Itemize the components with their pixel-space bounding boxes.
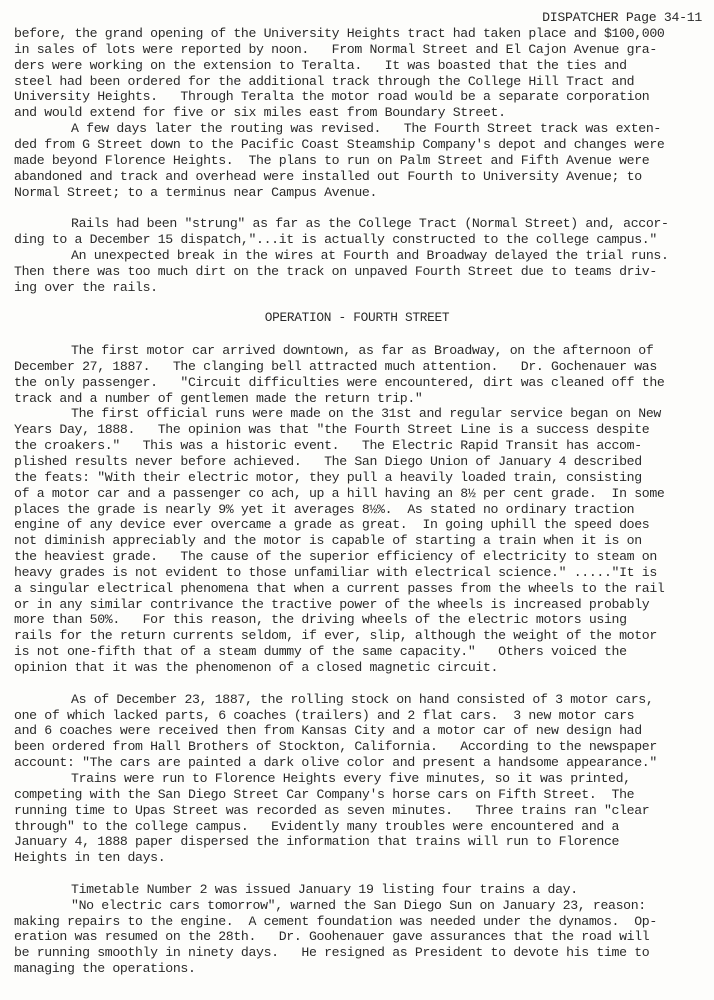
text-line: before, the grand opening of the Univers… [14,26,665,42]
text-line: be running smoothly in ninety days. He r… [14,945,649,961]
text-line: track and a number of gentlemen made the… [14,391,422,407]
section-heading: OPERATION - FOURTH STREET [0,310,714,325]
text-line: ders were working on the extension to Te… [14,58,627,74]
text-line: ing over the rails. [14,280,158,296]
document-page: DISPATCHER Page 34-11 before, the grand … [0,0,714,1000]
text-line: Rails had been "strung" as far as the Co… [71,216,669,232]
text-line: making repairs to the engine. A cement f… [14,914,657,930]
text-line: or in any similar contrivance the tracti… [14,597,649,613]
text-line: is not one-fifth that of a steam dummy o… [14,644,627,660]
text-line: A few days later the routing was revised… [71,121,661,137]
text-line: places the grade is nearly 9% yet it ave… [14,502,634,518]
text-line: Timetable Number 2 was issued January 19… [71,882,578,898]
text-line: running time to Upas Street was recorded… [14,803,649,819]
text-line: the heaviest grade. The cause of the sup… [14,549,657,565]
text-line: and would extend for five or six miles e… [14,105,506,121]
text-line: ding to a December 15 dispatch,"...it is… [14,232,657,248]
text-line: through" to the college campus. Evidentl… [14,819,619,835]
text-line: Trains were run to Florence Heights ever… [71,771,631,787]
text-line: abandoned and track and overhead were in… [14,169,642,185]
text-line: plished results never before achieved. T… [14,454,642,470]
text-line: steel had been ordered for the additiona… [14,74,634,90]
text-line: heavy grades is not evident to those unf… [14,565,657,581]
text-line: As of December 23, 1887, the rolling sto… [71,692,653,708]
text-line: Heights in ten days. [14,850,165,866]
text-line: competing with the San Diego Street Car … [14,787,634,803]
text-line: in sales of lots were reported by noon. … [14,42,657,58]
text-line: the only passenger. "Circuit difficultie… [14,375,665,391]
text-line: account: "The cars are painted a dark ol… [14,755,657,771]
text-line: made beyond Florence Heights. The plans … [14,153,649,169]
text-line: of a motor car and a passenger co ach, u… [14,486,665,502]
text-line: Normal Street; to a terminus near Campus… [14,185,377,201]
text-line: University Heights. Through Teralta the … [14,89,649,105]
page-header: DISPATCHER Page 34-11 [542,10,702,25]
text-line: January 4, 1888 paper dispersed the info… [14,834,619,850]
text-line: the croakers." This was a historic event… [14,438,642,454]
text-line: An unexpected break in the wires at Four… [71,248,669,264]
text-line: more than 50%. For this reason, the driv… [14,612,627,628]
text-line: the feats: "With their electric motor, t… [14,470,642,486]
text-line: managing the operations. [14,961,196,977]
text-line: and 6 coaches were received then from Ka… [14,723,642,739]
text-line: rails for the return currents seldom, if… [14,628,657,644]
text-line: been ordered from Hall Brothers of Stock… [14,739,657,755]
text-line: "No electric cars tomorrow", warned the … [71,898,646,914]
text-line: Years Day, 1888. The opinion was that "t… [14,422,649,438]
text-line: ded from G Street down to the Pacific Co… [14,137,665,153]
text-line: Then there was too much dirt on the trac… [14,264,657,280]
text-line: not diminish appreciably and the motor i… [14,533,642,549]
text-line: opinion that it was the phenomenon of a … [14,660,498,676]
text-line: engine of any device ever overcame a gra… [14,517,649,533]
text-line: a singular electrical phenomena that whe… [14,581,665,597]
text-line: December 27, 1887. The clanging bell att… [14,359,657,375]
text-line: eration was resumed on the 28th. Dr. Goo… [14,929,649,945]
text-line: one of which lacked parts, 6 coaches (tr… [14,708,634,724]
text-line: The first official runs were made on the… [71,406,661,422]
text-line: The first motor car arrived downtown, as… [71,343,653,359]
